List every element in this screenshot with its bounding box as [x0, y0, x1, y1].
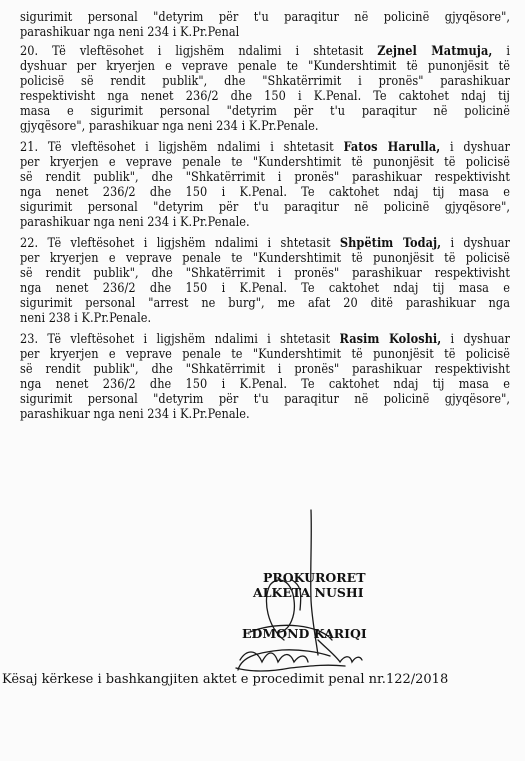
text-line: per kryerjen e veprave penale te "Kunder…: [20, 346, 510, 361]
text-fragment: i dyshuar: [441, 331, 510, 346]
text-fragment: i dyshuar: [441, 235, 510, 250]
text-fragment: sigurimit personal "arrest ne burg", me …: [20, 295, 510, 310]
text-line: 20. Të vleftësohet i ligjshëm ndalimi i …: [20, 43, 510, 58]
text-line: së rendit publik", dhe "Shkatërrimit i p…: [20, 361, 510, 376]
text-line: së rendit publik", dhe "Shkatërrimit i p…: [20, 265, 510, 280]
text-line: per kryerjen e veprave penale te "Kunder…: [20, 154, 510, 169]
document-page: sigurimit personal "detyrim për t'u para…: [0, 0, 525, 761]
text-fragment: i dyshuar: [440, 139, 510, 154]
text-fragment: 22. Të vleftësohet i ligjshëm ndalimi i …: [20, 235, 340, 250]
text-line: parashikuar nga neni 234 i K.Pr.Penal: [20, 24, 510, 39]
person-name: Zejnel Matmuja,: [377, 43, 492, 58]
text-line: nga nenet 236/2 dhe 150 i K.Penal. Te ca…: [20, 184, 510, 199]
signature-title: PROKURORET: [263, 570, 366, 585]
text-fragment: per kryerjen e veprave penale te "Kunder…: [20, 250, 510, 265]
text-fragment: së rendit publik", dhe "Shkatërrimit i p…: [20, 265, 510, 280]
text-fragment: masa e sigurimit personal "detyrim për t…: [20, 103, 510, 118]
text-fragment: dyshuar per kryerjen e veprave penale te…: [20, 58, 510, 73]
person-name: Shpëtim Todaj,: [340, 235, 441, 250]
text-fragment: 20. Të vleftësohet i ligjshëm ndalimi i …: [20, 43, 377, 58]
text-fragment: 21. Të vleftësohet i ligjshëm ndalimi i …: [20, 139, 343, 154]
text-line: per kryerjen e veprave penale te "Kunder…: [20, 250, 510, 265]
text-fragment: i: [492, 43, 510, 58]
text-fragment: parashikuar nga neni 234 i K.Pr.Penal: [20, 24, 239, 39]
text-fragment: parashikuar nga neni 234 i K.Pr.Penale.: [20, 406, 250, 421]
text-line: neni 238 i K.Pr.Penale.: [20, 310, 510, 325]
text-line: policisë së rendit publik", dhe "Shkatër…: [20, 73, 510, 88]
text-line: së rendit publik", dhe "Shkatërrimit i p…: [20, 169, 510, 184]
text-line: sigurimit personal "detyrim për t'u para…: [20, 9, 510, 24]
signature-name-alketa-nushi: ALKETA NUSHI: [253, 585, 364, 600]
text-line: sigurimit personal "detyrim për t'u para…: [20, 199, 510, 214]
attachment-note: Kësaj kërkese i bashkangjiten aktet e pr…: [2, 672, 448, 687]
text-fragment: 23. Të vleftësohet i ligjshëm ndalimi i …: [20, 331, 339, 346]
text-line: 22. Të vleftësohet i ligjshëm ndalimi i …: [20, 235, 510, 250]
text-line: gjyqësore", parashikuar nga neni 234 i K…: [20, 118, 510, 133]
person-name: Rasim Koloshi,: [339, 331, 441, 346]
signature-name-edmond-kariqi: EDMOND KARIQI: [242, 626, 367, 641]
text-line: 23. Të vleftësohet i ligjshëm ndalimi i …: [20, 331, 510, 346]
person-name: Fatos Harulla,: [343, 139, 440, 154]
text-line: 21. Të vleftësohet i ligjshëm ndalimi i …: [20, 139, 510, 154]
text-line: parashikuar nga neni 234 i K.Pr.Penale.: [20, 406, 510, 421]
text-fragment: së rendit publik", dhe "Shkatërrimit i p…: [20, 361, 510, 376]
text-fragment: respektivisht nga nenet 236/2 dhe 150 i …: [20, 88, 510, 103]
text-fragment: nga nenet 236/2 dhe 150 i K.Penal. Te ca…: [20, 280, 510, 295]
text-fragment: gjyqësore", parashikuar nga neni 234 i K…: [20, 118, 319, 133]
text-fragment: së rendit publik", dhe "Shkatërrimit i p…: [20, 169, 510, 184]
text-fragment: per kryerjen e veprave penale te "Kunder…: [20, 346, 510, 361]
text-fragment: nga nenet 236/2 dhe 150 i K.Penal. Te ca…: [20, 376, 510, 391]
text-fragment: sigurimit personal "detyrim për t'u para…: [20, 391, 510, 406]
text-line: nga nenet 236/2 dhe 150 i K.Penal. Te ca…: [20, 280, 510, 295]
text-line: sigurimit personal "detyrim për t'u para…: [20, 391, 510, 406]
text-fragment: parashikuar nga neni 234 i K.Pr.Penale.: [20, 214, 250, 229]
text-line: nga nenet 236/2 dhe 150 i K.Penal. Te ca…: [20, 376, 510, 391]
text-fragment: policisë së rendit publik", dhe "Shkatër…: [20, 73, 510, 88]
text-line: respektivisht nga nenet 236/2 dhe 150 i …: [20, 88, 510, 103]
text-line: dyshuar per kryerjen e veprave penale te…: [20, 58, 510, 73]
text-fragment: sigurimit personal "detyrim për t'u para…: [20, 9, 510, 24]
text-line: masa e sigurimit personal "detyrim për t…: [20, 103, 510, 118]
text-fragment: per kryerjen e veprave penale te "Kunder…: [20, 154, 510, 169]
text-fragment: sigurimit personal "detyrim për t'u para…: [20, 199, 510, 214]
text-line: sigurimit personal "arrest ne burg", me …: [20, 295, 510, 310]
text-fragment: neni 238 i K.Pr.Penale.: [20, 310, 151, 325]
text-fragment: nga nenet 236/2 dhe 150 i K.Penal. Te ca…: [20, 184, 510, 199]
text-line: parashikuar nga neni 234 i K.Pr.Penale.: [20, 214, 510, 229]
